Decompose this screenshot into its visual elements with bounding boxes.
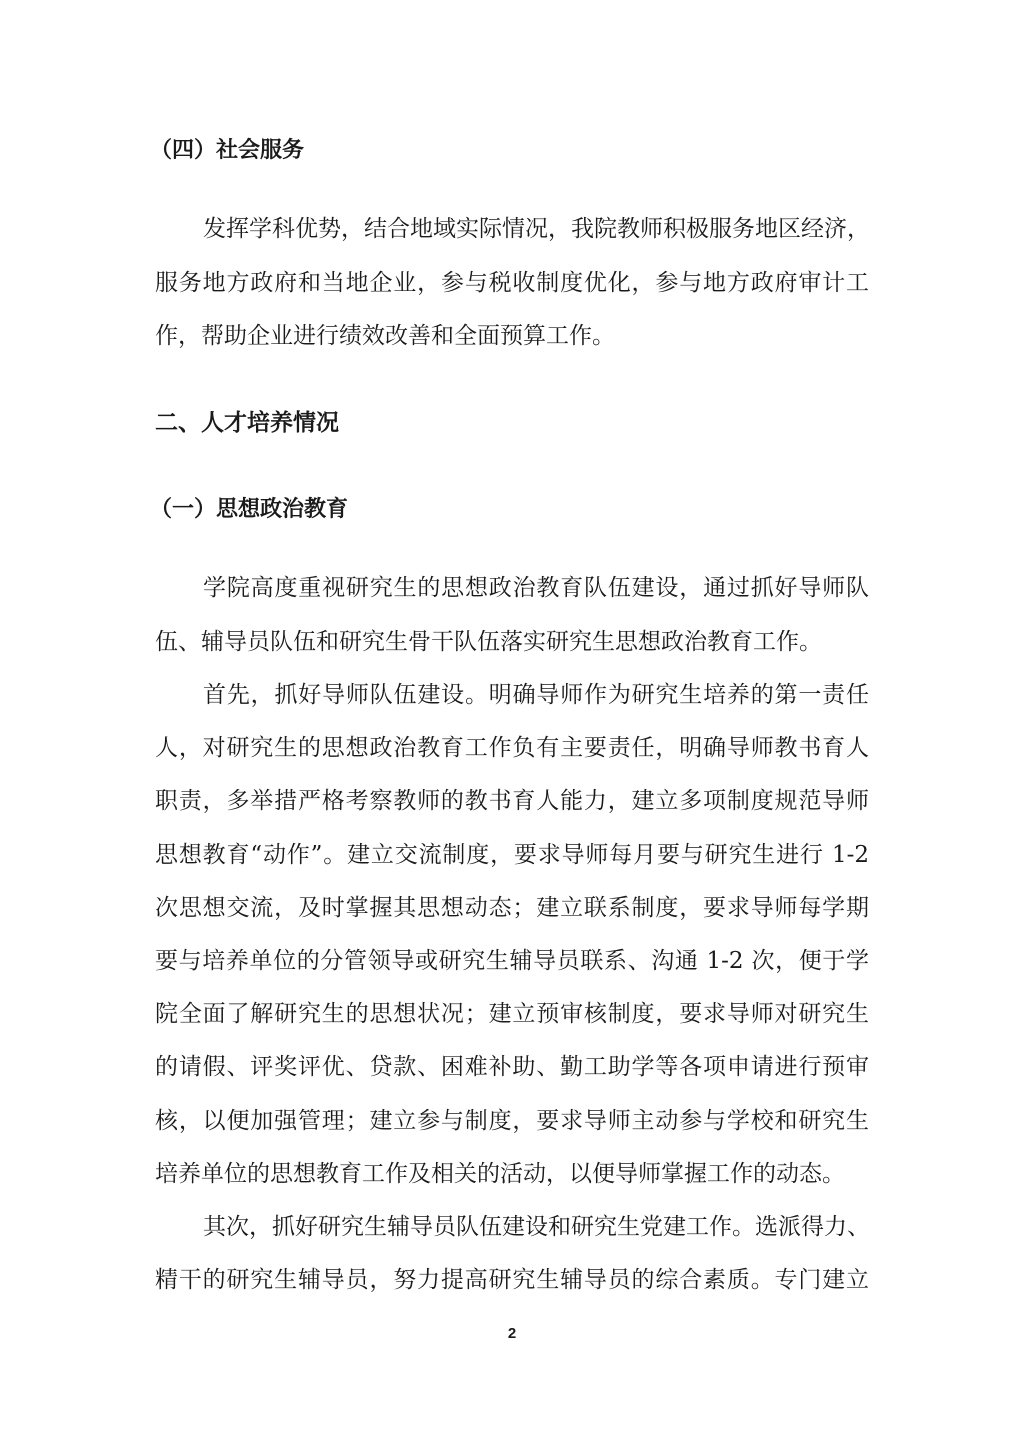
paragraph-line: 要与培养单位的分管领导或研究生辅导员联系、沟通 1-2 次，便于学: [155, 946, 869, 976]
paragraph-line: 首先，抓好导师队伍建设。明确导师作为研究生培养的第一责任: [203, 680, 869, 710]
paragraph-line: 伍、辅导员队伍和研究生骨干队伍落实研究生思想政治教育工作。: [155, 627, 869, 657]
paragraph-line: 职责，多举措严格考察教师的教书育人能力，建立多项制度规范导师: [155, 786, 869, 816]
paragraph-line: 学院高度重视研究生的思想政治教育队伍建设，通过抓好导师队: [203, 573, 869, 603]
paragraph-line: 精干的研究生辅导员，努力提高研究生辅导员的综合素质。专门建立: [155, 1265, 869, 1295]
section-heading-social-service: （四）社会服务: [150, 136, 864, 166]
paragraph-line: 思想教育“动作”。建立交流制度，要求导师每月要与研究生进行 1-2: [155, 840, 869, 870]
paragraph-line: 作，帮助企业进行绩效改善和全面预算工作。: [155, 321, 869, 351]
document-page: （四）社会服务 发挥学科优势，结合地域实际情况，我院教师积极服务地区经济， 服务…: [0, 0, 1024, 1448]
paragraph-line: 服务地方政府和当地企业，参与税收制度优化，参与地方政府审计工: [155, 268, 869, 298]
paragraph-line: 培养单位的思想教育工作及相关的活动，以便导师掌握工作的动态。: [155, 1159, 869, 1189]
section-heading-ideological-education: （一）思想政治教育: [150, 495, 864, 525]
paragraph-line: 其次，抓好研究生辅导员队伍建设和研究生党建工作。选派得力、: [203, 1212, 869, 1242]
paragraph-line: 发挥学科优势，结合地域实际情况，我院教师积极服务地区经济，: [203, 214, 869, 244]
paragraph-line: 核，以便加强管理；建立参与制度，要求导师主动参与学校和研究生: [155, 1106, 869, 1136]
page-number: 2: [0, 1325, 1024, 1342]
paragraph-line: 院全面了解研究生的思想状况；建立预审核制度，要求导师对研究生: [155, 999, 869, 1029]
paragraph-line: 人，对研究生的思想政治教育工作负有主要责任，明确导师教书育人: [155, 733, 869, 763]
paragraph-line: 次思想交流，及时掌握其思想动态；建立联系制度，要求导师每学期: [155, 893, 869, 923]
paragraph-line: 的请假、评奖评优、贷款、困难补助、勤工助学等各项申请进行预审: [155, 1052, 869, 1082]
chapter-heading-talent-cultivation: 二、人才培养情况: [155, 408, 869, 438]
